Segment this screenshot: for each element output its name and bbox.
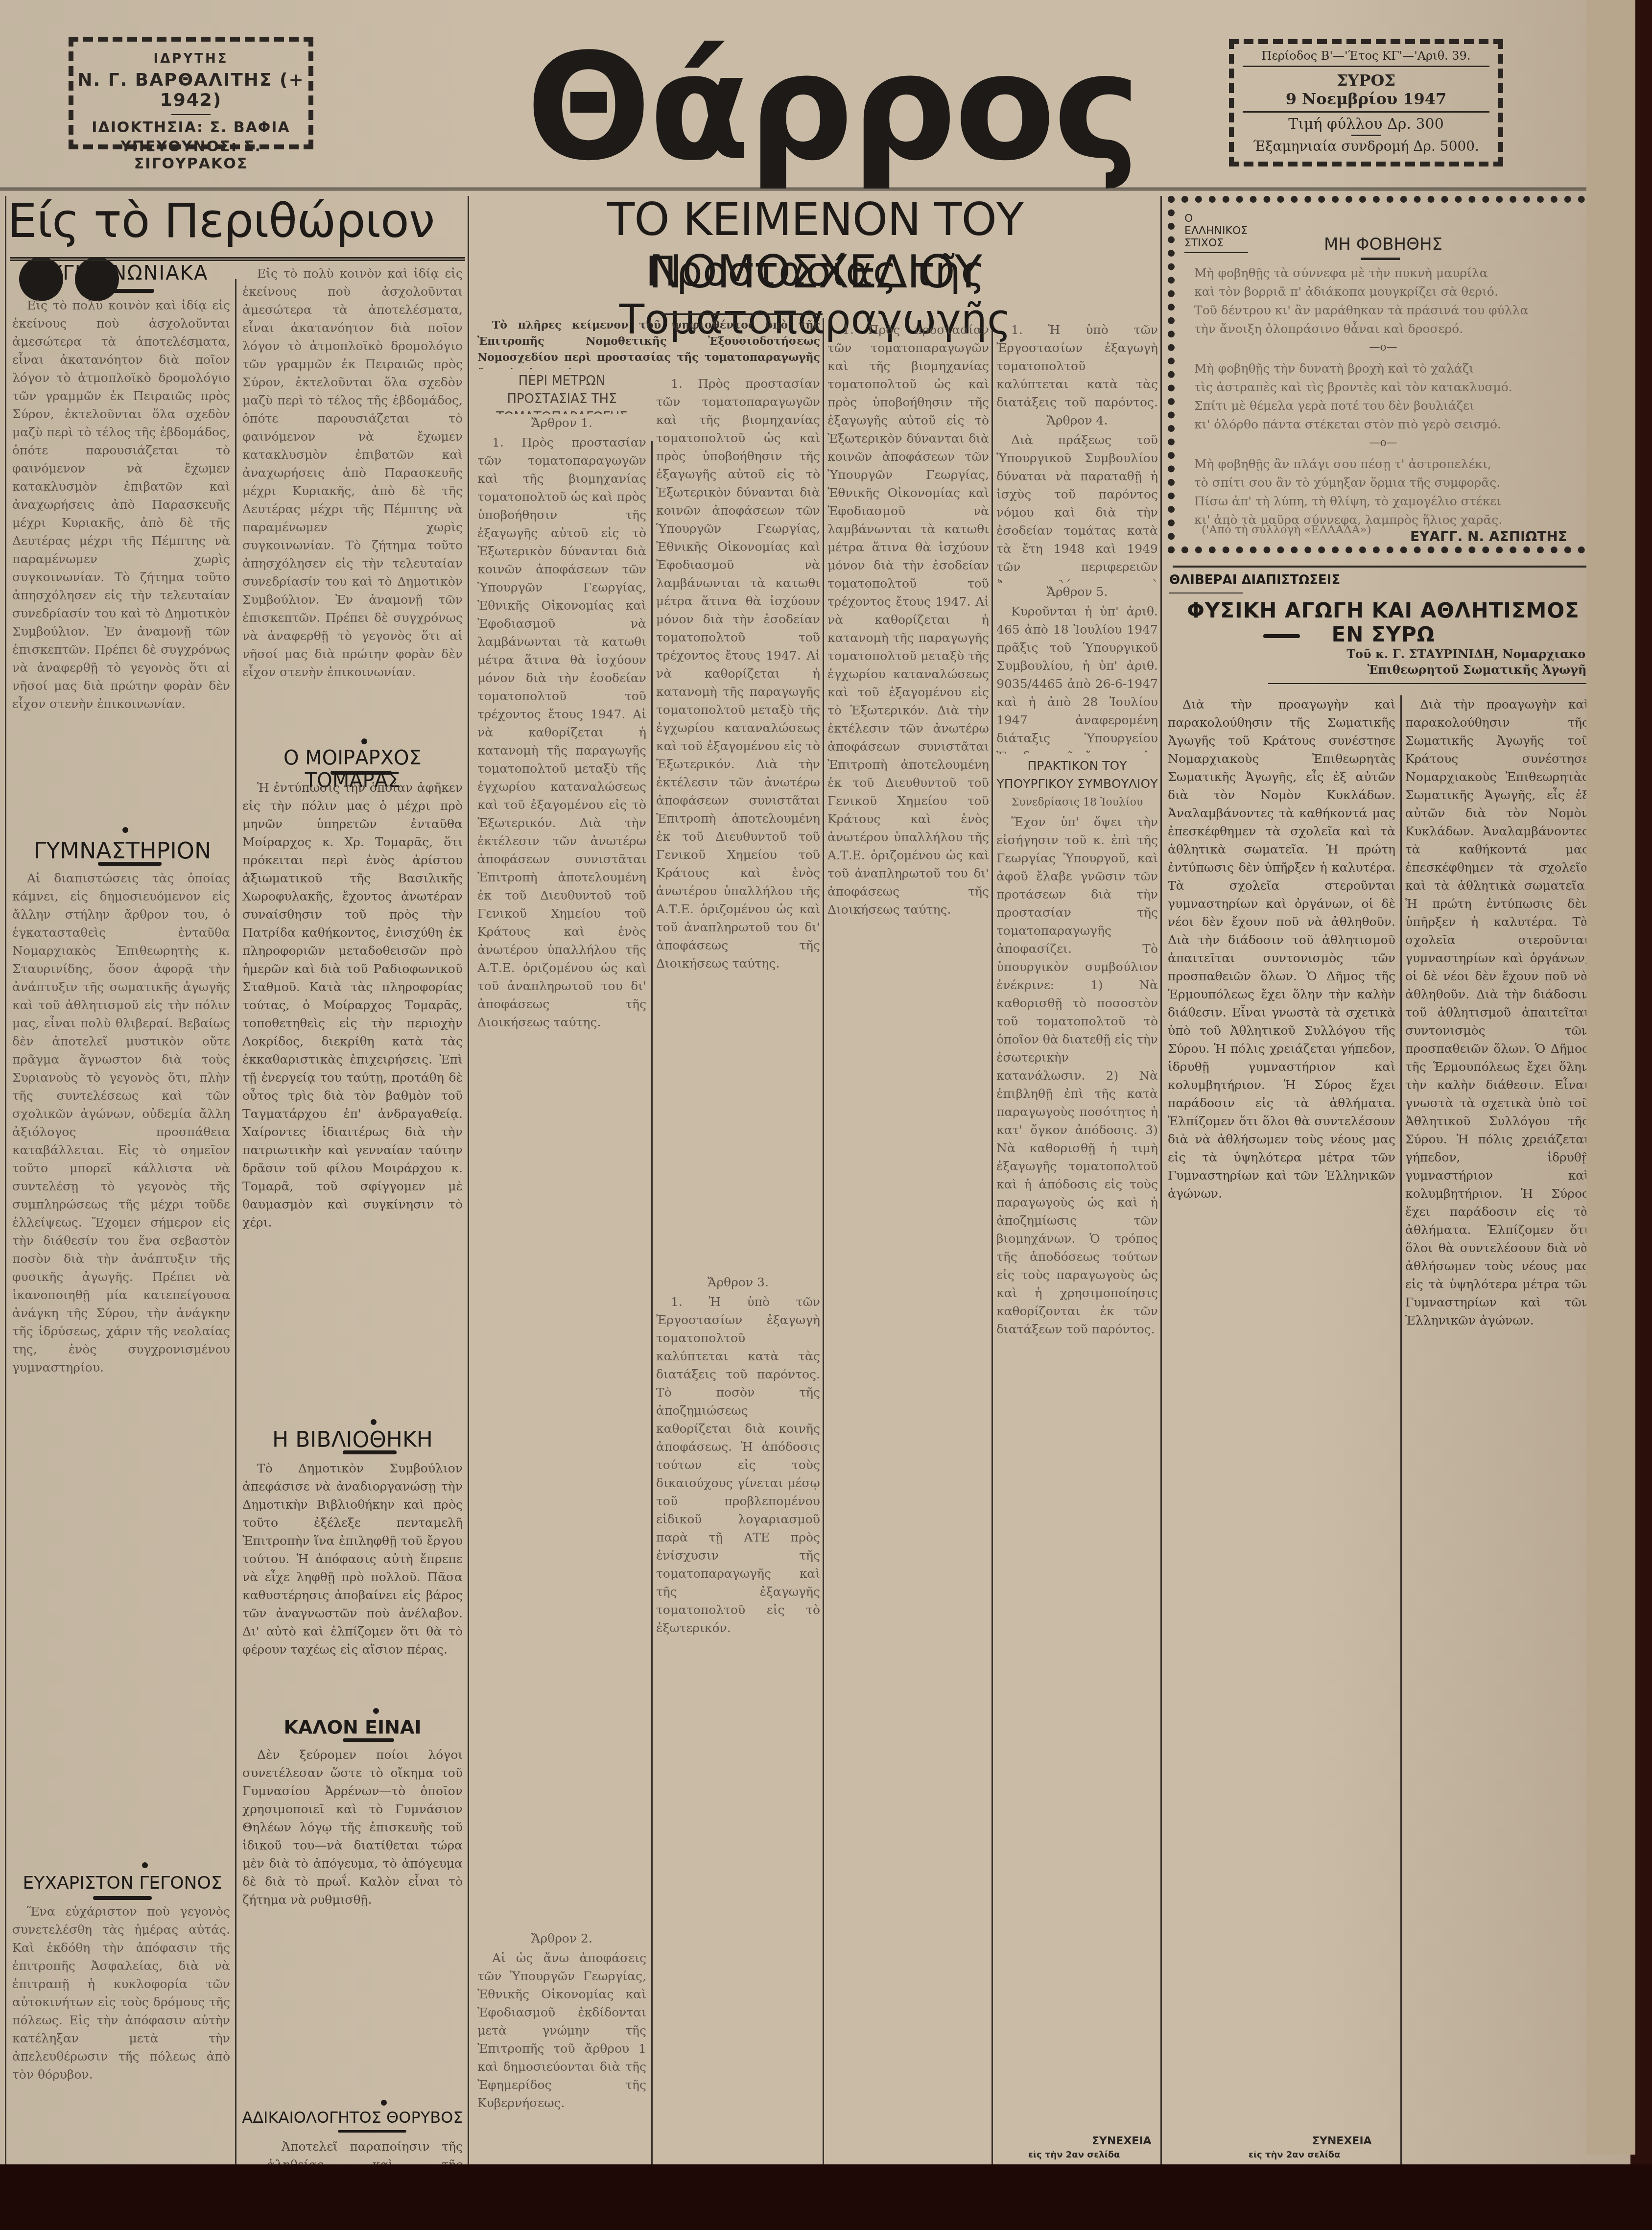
newspaper-title: Θάρρος [490,29,1175,186]
title-underline [98,862,162,866]
header-rule [10,257,465,261]
column-divider [1160,196,1162,2164]
bullet-icon [373,1707,379,1716]
right-article-kicker: ΘΛΙΒΕΡΑΙ ΔΙΑΠΙΣΤΩΣΕΙΣ [1169,573,1340,588]
article-body-library: Τὸ Δημοτικὸν Συμβούλιον ἀπεφάσισε νὰ ἀνα… [242,1459,463,1689]
poem-author: ΕΥΑΓΓ. Ν. ΑΣΠΙΩΤΗΣ [1410,528,1567,545]
bullet-icon [371,1418,377,1427]
byline-rule [1268,683,1594,684]
kicker-rule [1169,593,1243,593]
article-3-label: Ἄρθρον 3. [656,1273,820,1293]
section-title-library: Η ΒΙΒΛΙΟΘΗΚΗ [240,1427,465,1452]
divider [171,114,211,115]
right-article-headline: ΦΥΣΙΚΗ ΑΓΩΓΗ ΚΑΙ ΑΘΛΗΤΙΣΜΟΣ ΕΝ ΣΥΡΩ [1168,598,1599,646]
scan-background [0,2164,1652,2230]
section-title-kalon-einai: ΚΑΛΟΝ ΕΙΝΑΙ [240,1716,465,1738]
issue-price: Τιμή φύλλου Δρ. 300 [1234,116,1498,133]
bullet-icon [142,1861,148,1870]
divider [1351,135,1381,136]
lead-subhead: ΠΕΡΙ ΜΕΤΡΩΝ ΠΡΟΣΤΑΣΙΑΣ ΤΗΣ ΤΟΜΑΤΟΠΑΡΑΓΩΓ… [477,372,646,414]
responsible-editor: ΥΠΕΥΘΥΝΟΣ: Σ. ΣΙΓΟΥΡΑΚΟΣ [73,138,308,172]
article-body-good-news: Ἕνα εὐχάριστον ποὺ γεγονὸς συνετελέσθη τ… [12,1902,230,2147]
article-5-body: Κυροῦνται ἡ ὑπ' ἀριθ. 465 ἀπὸ 18 Ἰουλίου… [996,602,1158,754]
section-title-noise: ΑΔΙΚΑΙΟΛΟΓΗΤΟΣ ΘΟΡΥΒΟΣ [240,2108,465,2127]
continued-page-link[interactable]: εἰς τὴν 2αν σελίδα [1249,2150,1340,2160]
article-1-label: Ἄρθρον 1. [477,414,646,433]
issue-number: Περίοδος Β'—'Έτος ΚΓ'—'Αριθ. 39. [1234,49,1498,63]
poem-stanza-2: Μὴ φοβηθῇς τὴν δυνατὴ βροχὴ καὶ τὸ χαλάζ… [1194,359,1586,434]
section-title-transport: ΣΥΓΚΟΙΝΩΝΙΑΚΑ [10,262,235,285]
founder-box: ΙΔΡΥΤΗΣ Ν. Γ. ΒΑΡΘΑΛΙΤΗΣ (+ 1942) ΙΔΙΟΚΤ… [69,37,313,149]
article-4-label: Ἄρθρον 4. [996,411,1158,431]
title-underline [1263,634,1300,638]
article-5-label: Ἄρθρον 5. [996,583,1158,602]
right-article-body-col1: Διὰ τὴν προαγωγὴν καὶ παρακολούθησιν τῆς… [1168,695,1395,2159]
subscription-price: Έξαμηνιαία συνδρομή Δρ. 5000. [1234,138,1498,154]
article-2-body: Αἱ ὡς ἄνω ἀποφάσεις τῶν Ὑπουργῶν Γεωργία… [477,1949,646,2164]
headline-rule [661,313,823,315]
title-underline [93,1896,152,1900]
council-subhead: ΠΡΑΚΤΙΚΟΝ ΤΟΥ ΥΠΟΥΡΓΙΚΟΥ ΣΥΜΒΟΥΛΙΟΥ [996,757,1158,793]
bullet-icon [381,2098,387,2108]
right-article-byline: Τοῦ κ. Γ. ΣΤΑΥΡΙΝΙΔΗ, Νομαρχιακοῦ Ἐπιθεω… [1268,646,1594,678]
column-divider [651,441,653,2164]
section-rule [1173,566,1599,568]
title-underline [91,289,154,293]
title-underline [1361,258,1400,260]
poem-stanza-1: Μὴ φοβηθῇς τὰ σύννεφα μὲ τὴν πυκνὴ μαυρί… [1194,264,1586,338]
council-date: Συνεδρίασις 18 Ἰουλίου 1947. [996,793,1158,813]
issue-date: 9 Νοεμβρίου 1947 [1234,90,1498,108]
title-underline [343,1450,397,1454]
lead-body-column-3: 1. Πρὸς προστασίαν τῶν τοματοπαραγωγῶν κ… [827,321,989,2164]
council-body: Ἔχον ὑπ' ὄψει τὴν εἰσήγησιν τοῦ κ. ἐπὶ τ… [996,813,1158,2135]
article-body-gymnasium: Αἱ διαπιστώσεις τὰς ὁποίας κάμνει, εἰς δ… [12,869,230,1844]
article-1-body-continued: 1. Πρὸς προστασίαν τῶν τοματοπαραγωγῶν κ… [656,375,820,1256]
article-4-body: Διὰ πράξεως τοῦ Ὑπουργικοῦ Συμβουλίου δύ… [996,431,1158,583]
stanza-separator: —o— [1175,437,1592,449]
column-divider [1400,695,1402,2164]
poem-box: Ο ΕΛΛΗΝΙΚΟΣ ΣΤΙΧΟΣ ΜΗ ΦΟΒΗΘΗΣ Μὴ φοβηθῇς… [1168,196,1599,553]
divider [1243,111,1489,113]
right-article-body-col2: Διὰ τὴν προαγωγὴν καὶ παρακολούθησιν τῆς… [1405,695,1589,2159]
newspaper-page: ΙΔΡΥΤΗΣ Ν. Γ. ΒΑΡΘΑΛΙΤΗΣ (+ 1942) ΙΔΙΟΚΤ… [0,0,1630,2213]
stanza-separator: —o— [1175,341,1592,354]
lead-intro: Τὸ πλῆρες κείμενον τοῦ ψηφισθέντος ὑπὸ τ… [477,317,820,369]
column-divider [235,279,236,2164]
title-underline [330,771,392,775]
founder-label: ΙΔΡΥΤΗΣ [73,51,308,66]
continued-page-link[interactable]: εἰς τὴν 2αν σελίδα [1028,2150,1120,2160]
bullet-icon [361,737,367,746]
title-underline [343,1738,394,1742]
page-binding-edge [1586,0,1635,2155]
divider [1243,66,1489,67]
poem-stanza-3: Μὴ φοβηθῇς ἂν πλάγι σου πέσῃ τ' ἀστροπελ… [1194,455,1586,529]
continued-label: ΣΥΝΕΧΕΙΑ [1092,2135,1152,2147]
issue-info-box: Περίοδος Β'—'Έτος ΚΓ'—'Αριθ. 39. ΣΥΡΟΣ 9… [1229,39,1503,166]
title-underline [338,2130,406,2133]
article-body-transport: Εἰς τὸ πολὺ κοινὸν καὶ ἰδίᾳ εἰς ἐκείνους… [12,296,230,859]
poem-title: ΜΗ ΦΟΒΗΘΗΣ [1175,235,1592,254]
article-body-kalon-einai: Δὲν ξεύρομεν ποίοι λόγοι συνετέλεσαν ὥστ… [242,1746,463,2088]
article-body-tomaras: Ἡ ἐντύπωσις τὴν ὁποίαν ἀφῆκεν εἰς τὴν πό… [242,779,463,1268]
city: ΣΥΡΟΣ [1234,71,1498,90]
bullet-icon [122,826,128,835]
ownership: ΙΔΙΟΚΤΗΣΙΑ: Σ. ΒΑΦΙΑ [73,119,308,136]
column-divider [468,196,469,2164]
founder-name: Ν. Γ. ΒΑΡΘΑΛΙΤΗΣ (+ 1942) [73,70,308,110]
column-divider [5,196,6,2164]
article-3-body: 1. Ἡ ὑπὸ τῶν Ἐργοστασίων ἐξαγωγὴ τοματοπ… [656,1293,820,2164]
continued-label: ΣΥΝΕΧΕΙΑ [1312,2135,1372,2147]
column-divider [823,318,824,2164]
article-2-label: Ἄρθρον 2. [477,1929,646,1949]
article-3-body-continued: 1. Ἡ ὑπὸ τῶν Ἐργοστασίων ἐξαγωγὴ τοματοπ… [996,321,1158,409]
article-1-body: 1. Πρὸς προστασίαν τῶν τοματοπαραγωγῶν κ… [477,433,646,1927]
column-divider [991,318,993,2164]
article-body-transport-continued: Εἰς τὸ πολὺ κοινὸν καὶ ἰδίᾳ εἰς ἐκείνους… [242,264,463,725]
masthead-rule [0,188,1616,190]
section-title-good-news: ΕΥΧΑΡΙΣΤΟΝ ΓΕΓΟΝΟΣ [10,1873,235,1893]
poem-source: ('Από τὴ συλλογὴ «ΕΛΛΑΔΑ») [1202,523,1371,536]
section-title-gymnasium: ΓΥΜΝΑΣΤΗΡΙΟΝ [10,837,235,864]
